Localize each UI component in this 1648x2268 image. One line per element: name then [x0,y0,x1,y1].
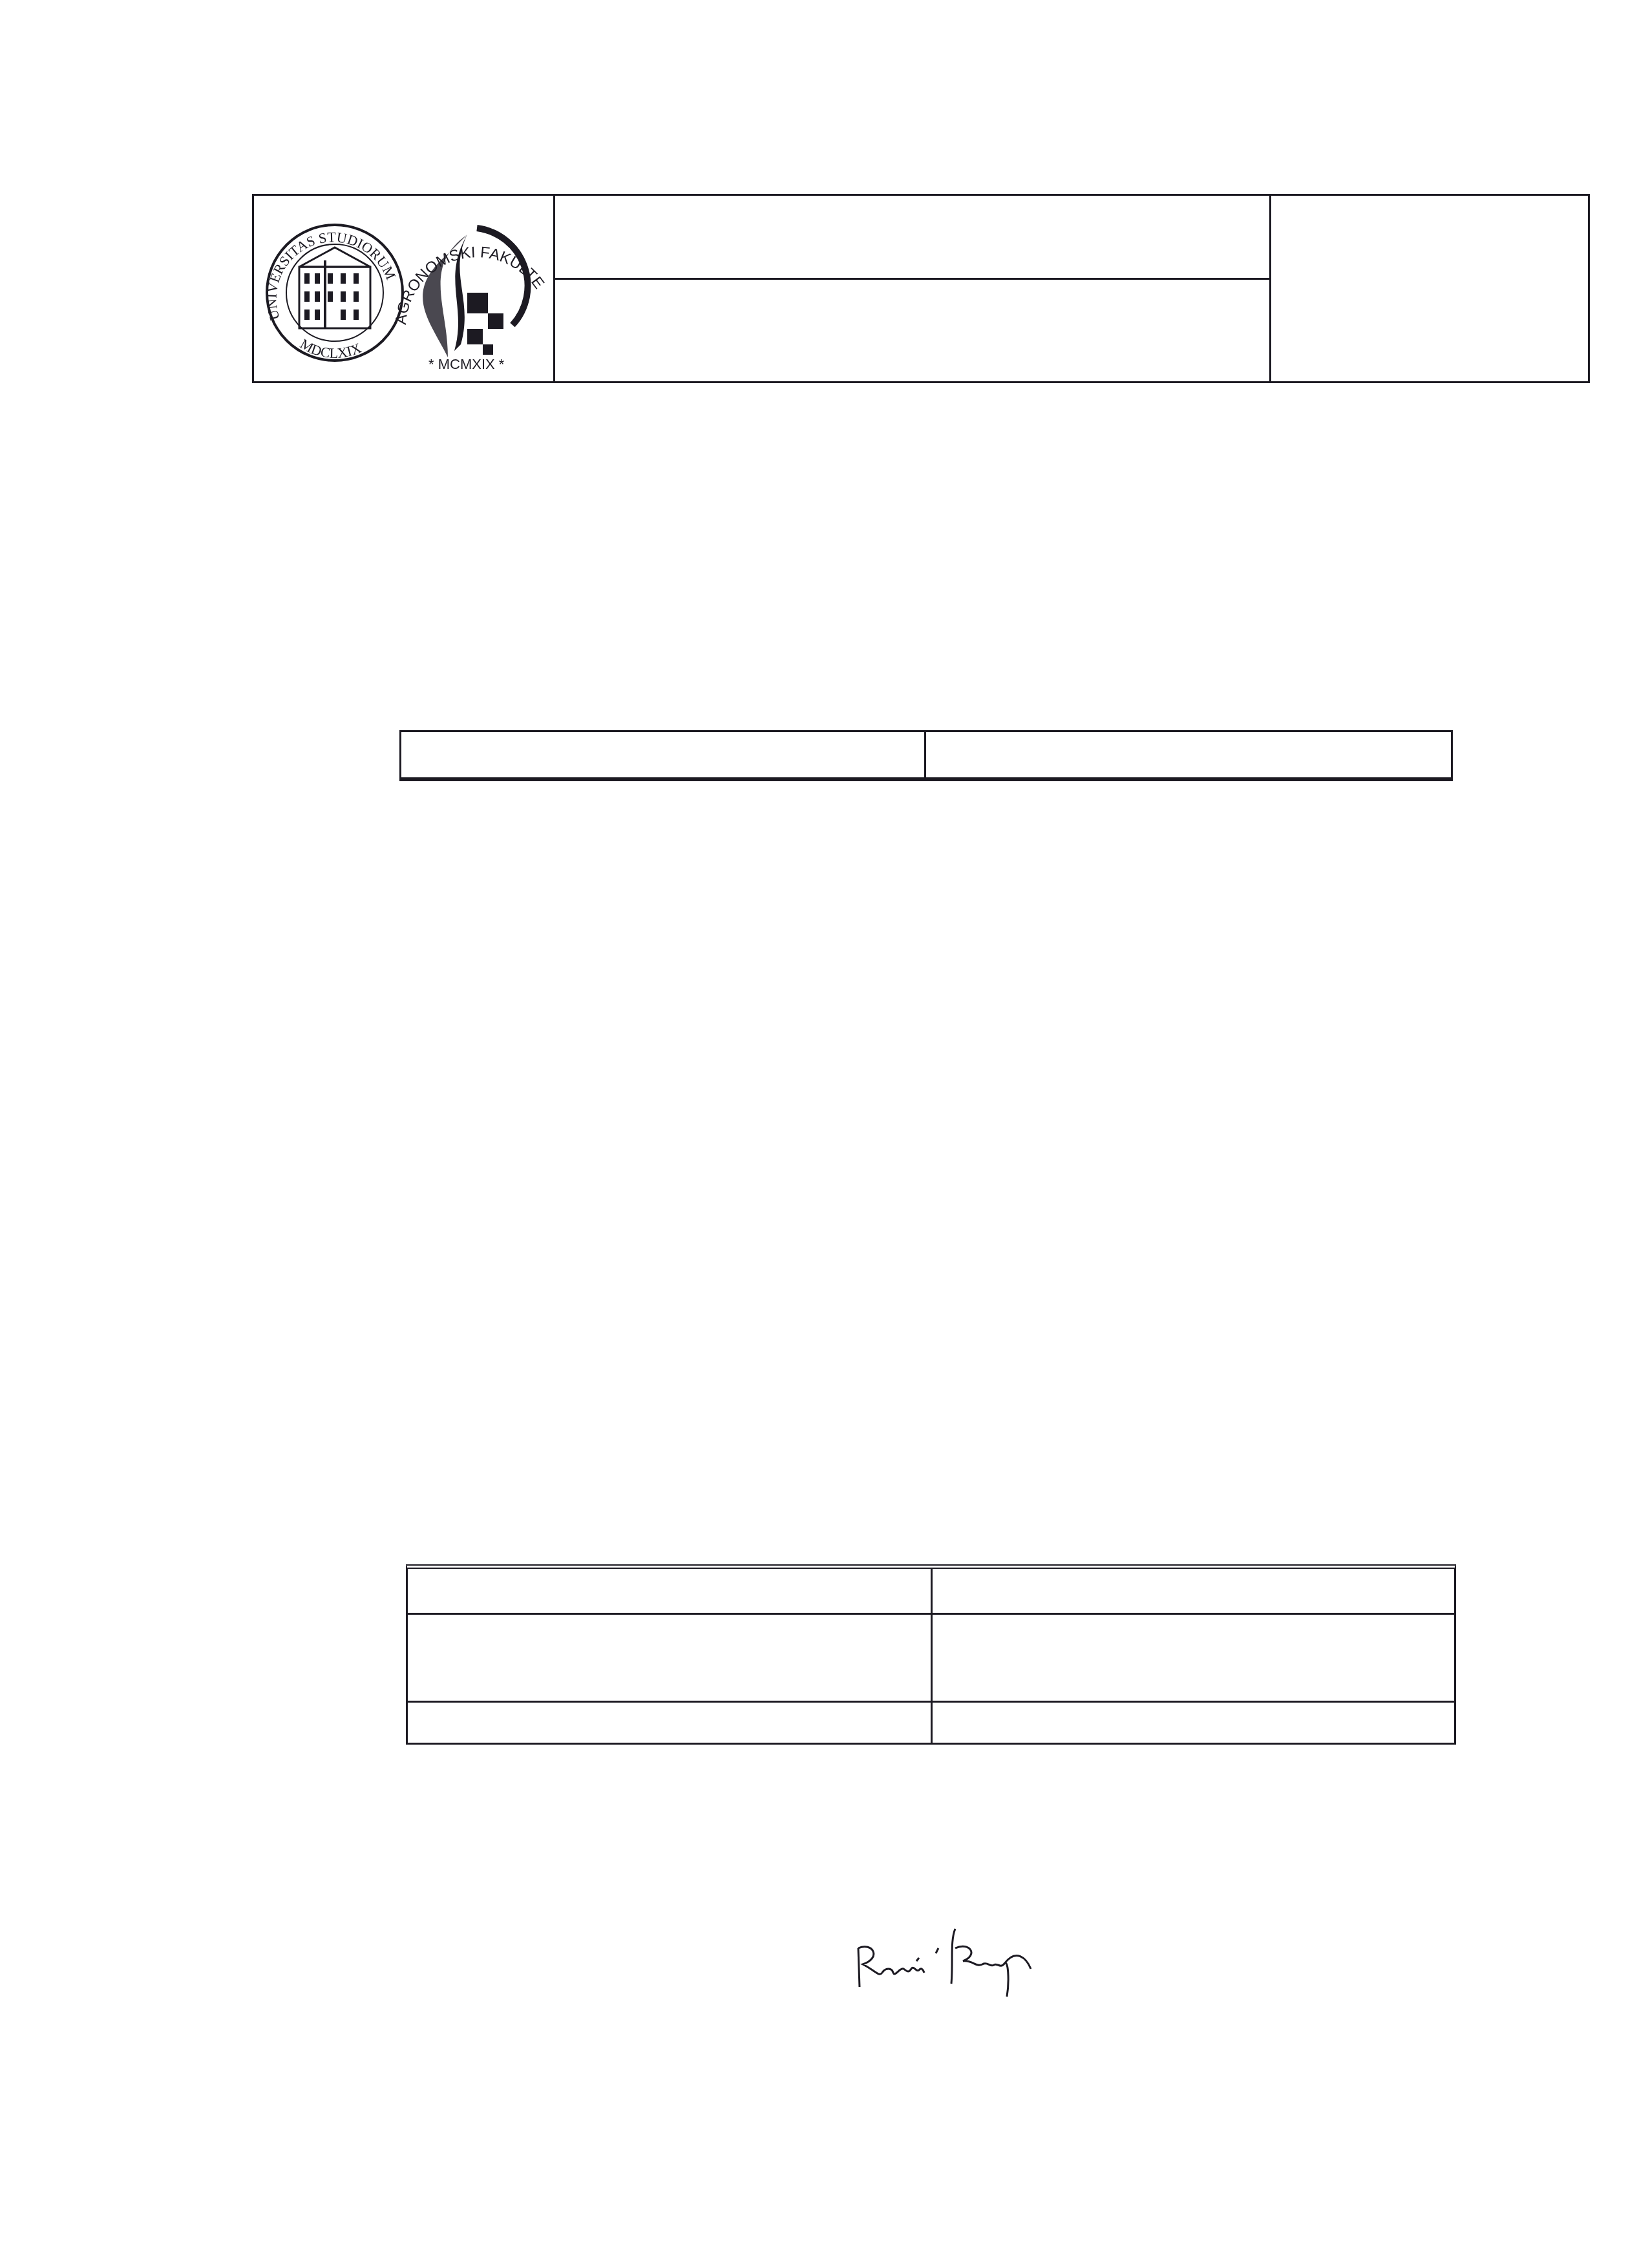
signoff-table [406,1564,1456,1745]
date-label [408,1569,933,1613]
date-row [408,1569,1454,1613]
university-faculty-logo-icon: UNIVERSITAS STUDIORUM MDCLXIX AGRONOMSKI… [254,196,551,381]
column-header-result [926,732,1451,777]
svg-text:* MCMXIX *: * MCMXIX * [428,356,505,372]
page-info-cell [1271,196,1588,381]
column-header-test [401,732,926,777]
analysts-list [933,1615,1454,1701]
table-header-row [401,732,1451,777]
head-label [408,1703,933,1743]
svg-text:MDCLXIX: MDCLXIX [297,335,364,361]
institution-names [555,196,1269,280]
logo-cell: UNIVERSITAS STUDIORUM MDCLXIX AGRONOMSKI… [254,196,555,381]
handwritten-signature-icon [847,1922,1053,2006]
analysts-label [408,1615,933,1701]
head-row [408,1701,1454,1743]
institution-block [555,196,1271,381]
results-table [399,730,1453,781]
letterhead: UNIVERSITAS STUDIORUM MDCLXIX AGRONOMSKI… [252,194,1590,383]
head-value [933,1703,1454,1743]
analysts-row [408,1613,1454,1701]
granulometry-group [401,777,1451,779]
date-value [933,1569,1454,1613]
contact-block [555,280,1269,379]
